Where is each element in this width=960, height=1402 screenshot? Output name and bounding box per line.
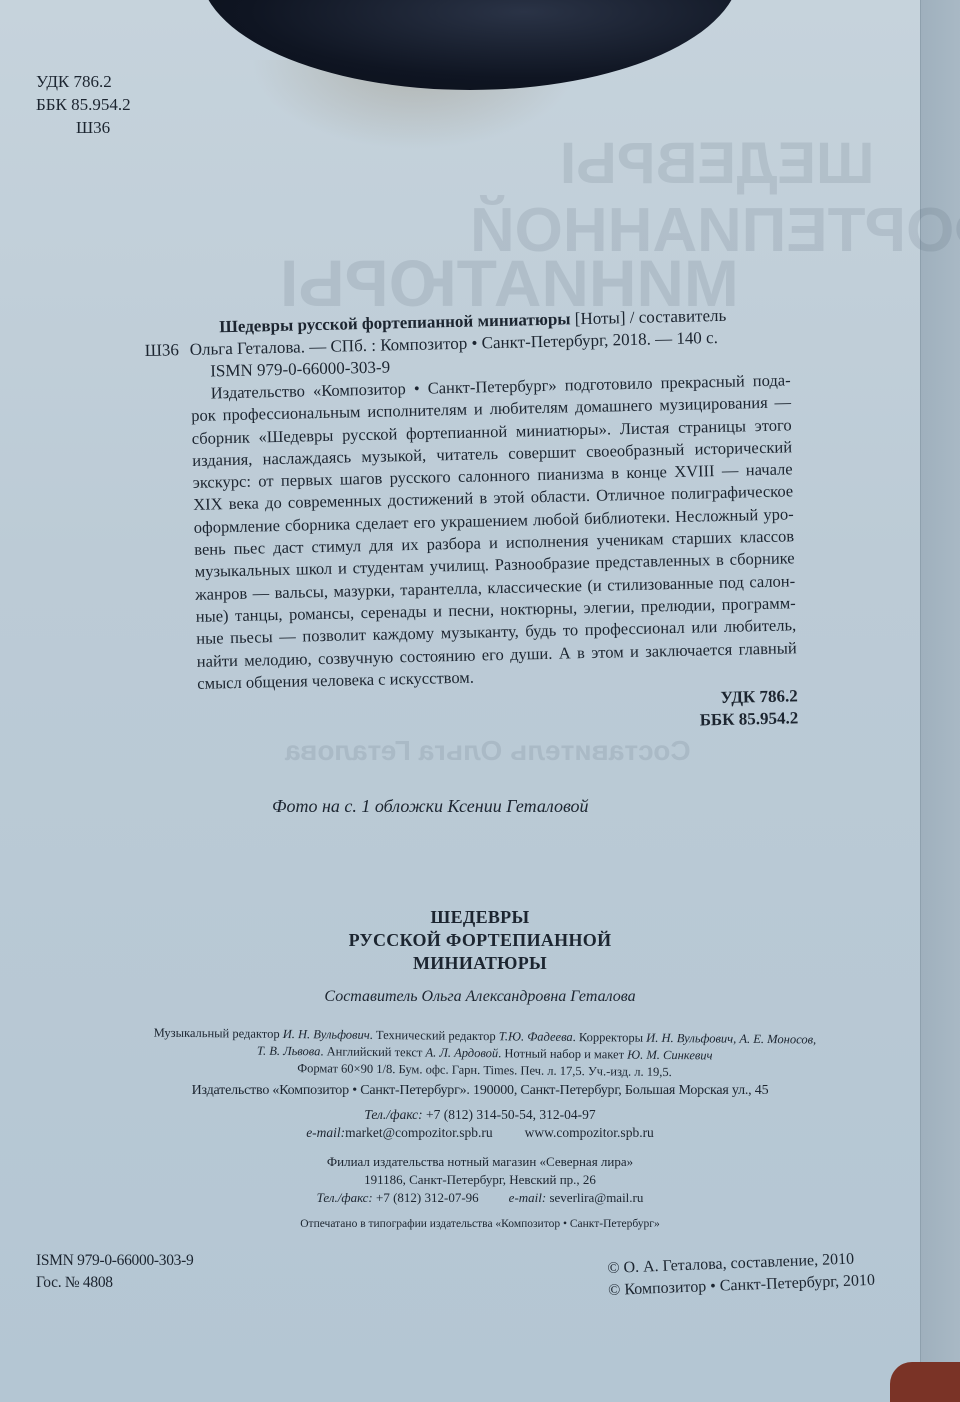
branch-info: Филиал издательства нотный магазин «Севе… <box>260 1153 700 1207</box>
title-line: МИНИАТЮРЫ <box>280 952 680 975</box>
publisher-contacts: Тел./факс: +7 (812) 314-50-54, 312-04-97… <box>230 1106 730 1142</box>
printed-by: Отпечатано в типографии издательства «Ко… <box>260 1218 700 1230</box>
showthrough-text: ШЕДЕВРЫ <box>560 130 874 197</box>
showthrough-text: Составитель Ольга Геталова <box>285 735 691 767</box>
title-line: РУССКОЙ ФОРТЕПИАННОЙ <box>280 929 680 952</box>
udk-code: УДК 786.2 <box>36 70 131 93</box>
title-line: ШЕДЕВРЫ <box>280 906 680 929</box>
publisher-phone-line: Тел./факс: +7 (812) 314-50-54, 312-04-97 <box>230 1106 730 1124</box>
book-title: ШЕДЕВРЫ РУССКОЙ ФОРТЕПИАННОЙ МИНИАТЮРЫ <box>280 906 680 975</box>
photo-credit: Фото на с. 1 обложки Ксении Геталовой <box>272 796 589 817</box>
publisher-web-line: e-mail:market@compozitor.spb.ruwww.compo… <box>230 1124 730 1142</box>
branch-address: 191186, Санкт-Петербург, Невский пр., 26 <box>260 1171 700 1189</box>
abstract: Издательство «Композитор • Санкт-Петербу… <box>145 369 797 696</box>
bib-title-rest: [Ноты] / составитель <box>570 306 726 329</box>
publisher-address: Издательство «Композитор • Санкт-Петербу… <box>160 1082 800 1100</box>
footer-identifiers: ISMN 979-0-66000-303-9 Гос. № 4808 <box>36 1250 193 1294</box>
bibliographic-record: Ш36 Шедевры русской фортепианной миниатю… <box>144 303 799 744</box>
editorial-credits: Музыкальный редактор И. Н. Вульфович. Те… <box>94 1024 874 1083</box>
bbk-code: ББК 85.954.2 <box>36 93 131 116</box>
footer-ismn: ISMN 979-0-66000-303-9 <box>36 1250 193 1272</box>
bib-author-mark: Ш36 <box>144 339 179 362</box>
publisher-website: www.compozitor.spb.ru <box>525 1125 654 1140</box>
table-background <box>890 1362 960 1402</box>
author-mark: Ш36 <box>36 116 131 139</box>
top-classification: УДК 786.2 ББК 85.954.2 Ш36 <box>36 70 131 139</box>
branch-contacts: Тел./факс: +7 (812) 312-07-96e-mail: sev… <box>260 1189 700 1207</box>
gos-number: Гос. № 4808 <box>36 1272 193 1294</box>
branch-name: Филиал издательства нотный магазин «Севе… <box>260 1153 700 1171</box>
branch-email: severlira@mail.ru <box>546 1190 643 1205</box>
compiler-line: Составитель Ольга Александровна Геталова <box>280 988 680 1006</box>
publisher-email: market@compozitor.spb.ru <box>345 1125 492 1140</box>
